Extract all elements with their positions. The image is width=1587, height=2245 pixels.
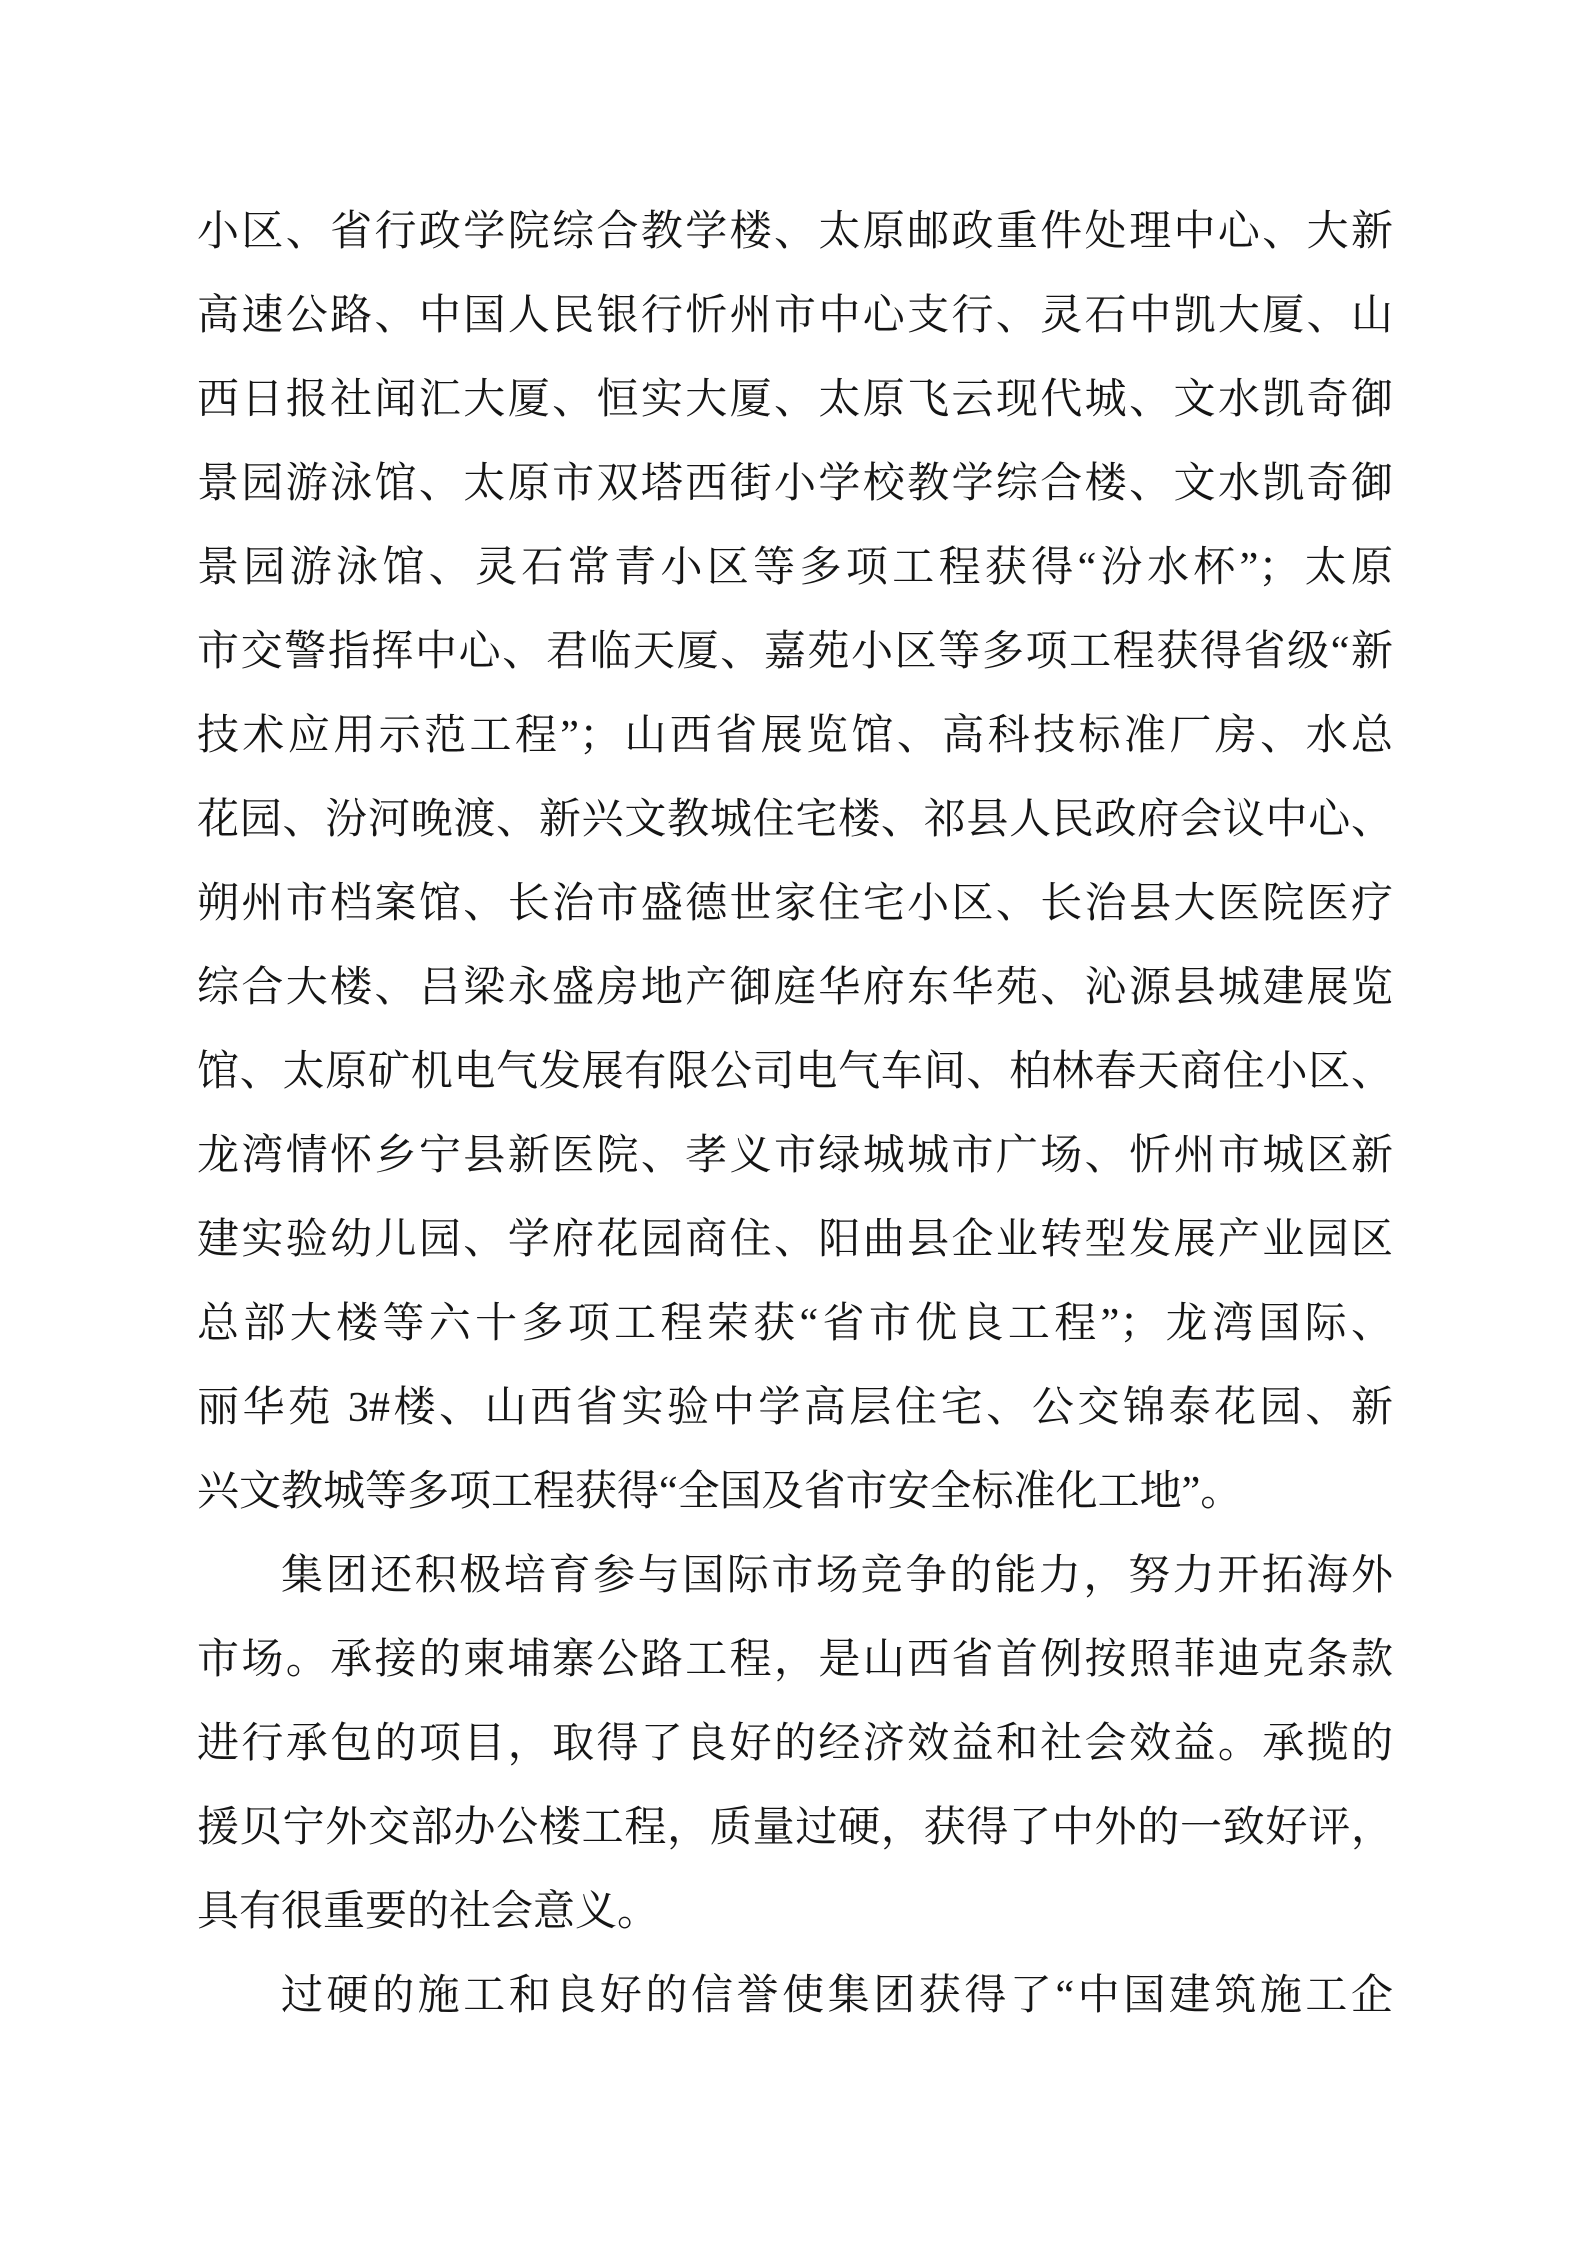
text-line: 综合大楼、吕梁永盛房地产御庭华府东华苑、沁源县城建展览 — [197, 946, 1393, 1030]
text-line: 小区、省行政学院综合教学楼、太原邮政重件处理中心、大新 — [197, 190, 1393, 274]
text-line: 高速公路、中国人民银行忻州市中心支行、灵石中凯大厦、山 — [197, 274, 1393, 358]
text-line: 景园游泳馆、灵石常青小区等多项工程获得“汾水杯”；太原 — [197, 526, 1393, 610]
text-line: 兴文教城等多项工程获得“全国及省市安全标准化工地”。 — [197, 1450, 1393, 1534]
text-line: 技术应用示范工程”；山西省展览馆、高科技标准厂房、水总 — [197, 694, 1393, 778]
document-page: 小区、省行政学院综合教学楼、太原邮政重件处理中心、大新高速公路、中国人民银行忻州… — [0, 0, 1587, 2245]
paragraph: 过硬的施工和良好的信誉使集团获得了“中国建筑施工企 — [197, 1954, 1393, 2038]
text-line: 进行承包的项目，取得了良好的经济效益和社会效益。承揽的 — [197, 1702, 1393, 1786]
text-line: 龙湾情怀乡宁县新医院、孝义市绿城城市广场、忻州市城区新 — [197, 1114, 1393, 1198]
text-line: 过硬的施工和良好的信誉使集团获得了“中国建筑施工企 — [197, 1954, 1393, 2038]
text-block: 小区、省行政学院综合教学楼、太原邮政重件处理中心、大新高速公路、中国人民银行忻州… — [197, 190, 1393, 2038]
text-line: 集团还积极培育参与国际市场竞争的能力，努力开拓海外 — [197, 1534, 1393, 1618]
text-line: 馆、太原矿机电气发展有限公司电气车间、柏林春天商住小区、 — [197, 1030, 1393, 1114]
text-line: 西日报社闻汇大厦、恒实大厦、太原飞云现代城、文水凯奇御 — [197, 358, 1393, 442]
paragraph: 集团还积极培育参与国际市场竞争的能力，努力开拓海外市场。承接的柬埔寨公路工程，是… — [197, 1534, 1393, 1954]
text-line: 建实验幼儿园、学府花园商住、阳曲县企业转型发展产业园区 — [197, 1198, 1393, 1282]
paragraph: 小区、省行政学院综合教学楼、太原邮政重件处理中心、大新高速公路、中国人民银行忻州… — [197, 190, 1393, 1534]
text-line: 市交警指挥中心、君临天厦、嘉苑小区等多项工程获得省级“新 — [197, 610, 1393, 694]
text-line: 丽华苑 3#楼、山西省实验中学高层住宅、公交锦泰花园、新 — [197, 1366, 1393, 1450]
text-line: 总部大楼等六十多项工程荣获“省市优良工程”；龙湾国际、 — [197, 1282, 1393, 1366]
text-line: 援贝宁外交部办公楼工程，质量过硬，获得了中外的一致好评， — [197, 1786, 1393, 1870]
text-line: 市场。承接的柬埔寨公路工程，是山西省首例按照菲迪克条款 — [197, 1618, 1393, 1702]
text-line: 景园游泳馆、太原市双塔西街小学校教学综合楼、文水凯奇御 — [197, 442, 1393, 526]
text-line: 具有很重要的社会意义。 — [197, 1870, 1393, 1954]
text-line: 朔州市档案馆、长治市盛德世家住宅小区、长治县大医院医疗 — [197, 862, 1393, 946]
text-line: 花园、汾河晚渡、新兴文教城住宅楼、祁县人民政府会议中心、 — [197, 778, 1393, 862]
